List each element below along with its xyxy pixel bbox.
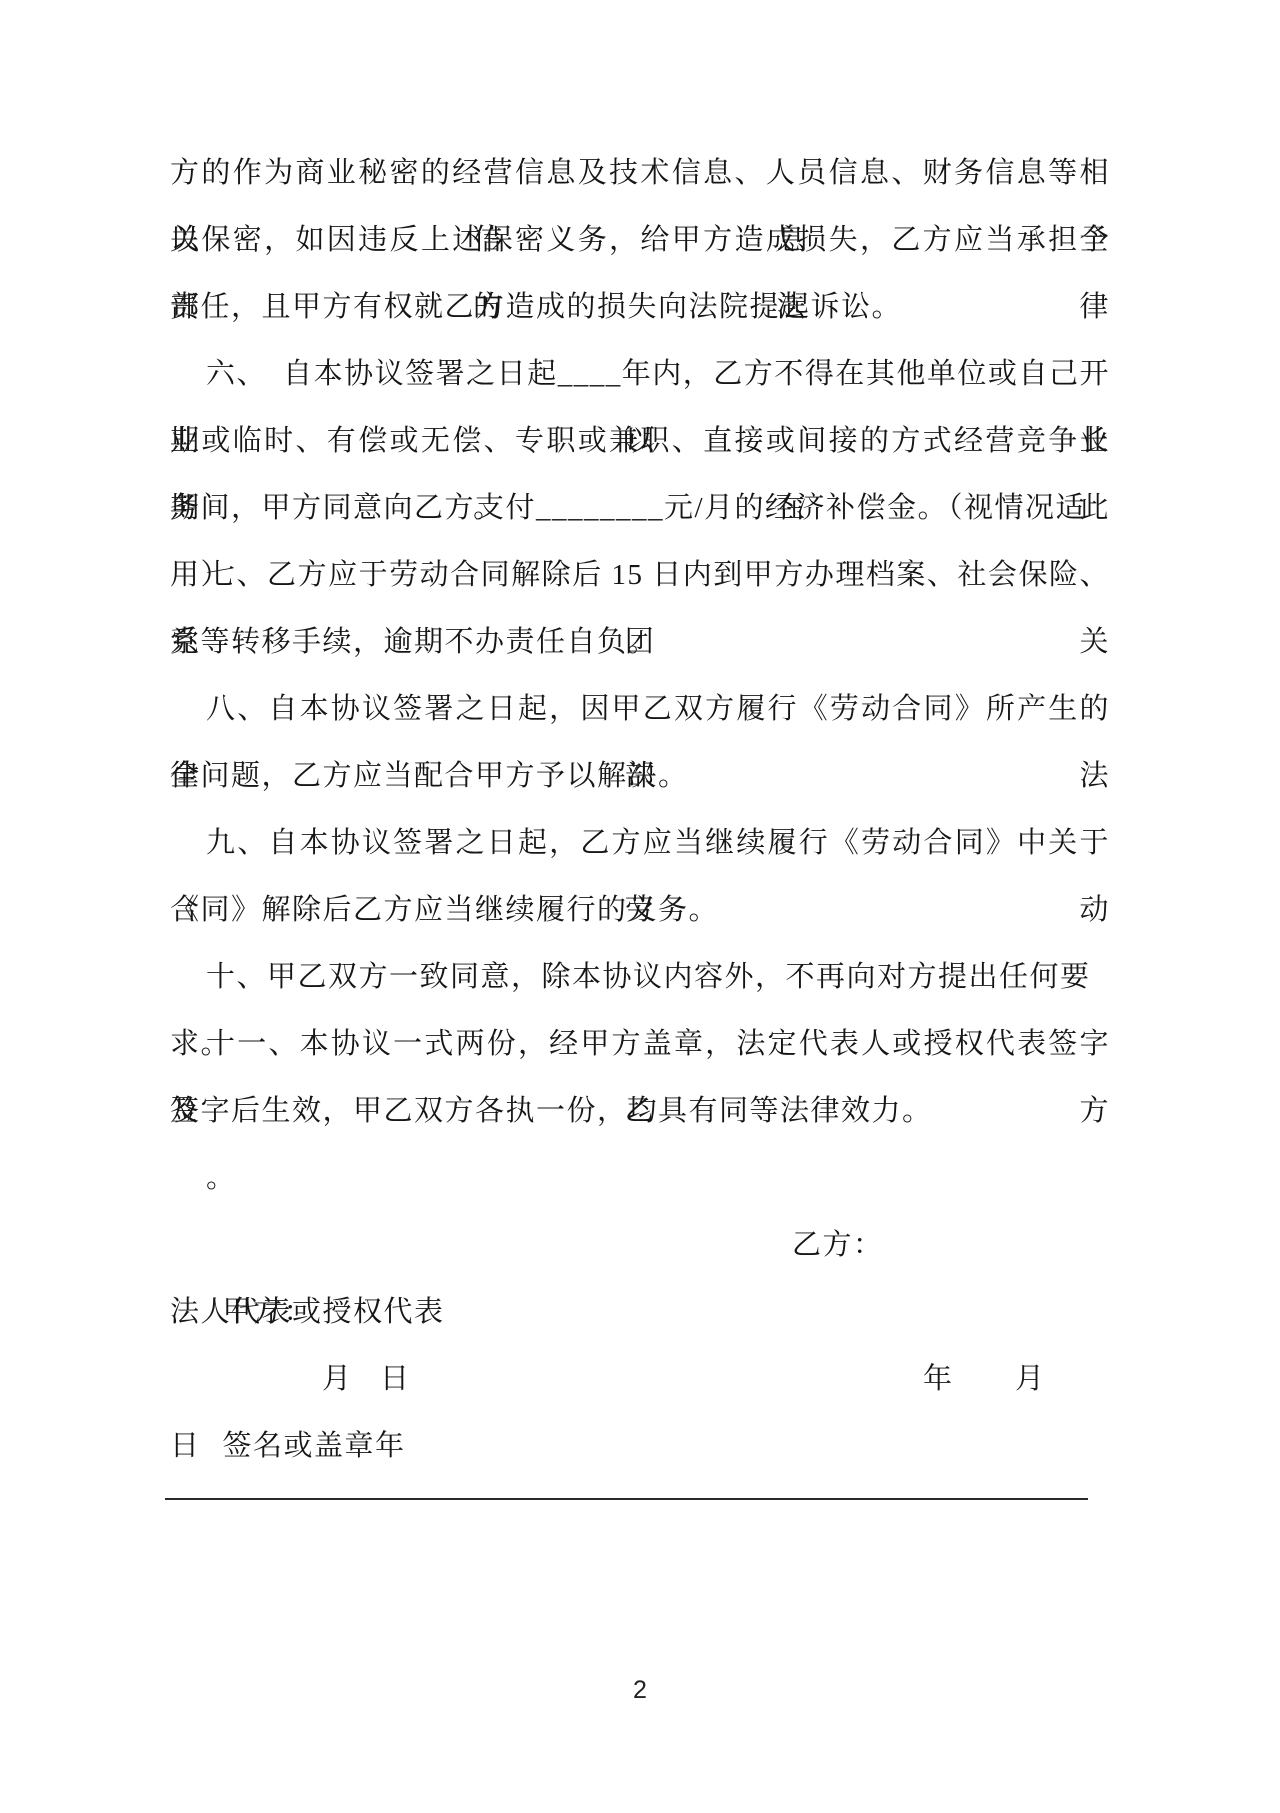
sign-date-row: 签名或盖章年 月 日 年 月 bbox=[170, 1346, 1110, 1413]
party-a-label: 甲方： bbox=[223, 1296, 315, 1328]
body-line-7: 七、乙方应于劳动合同解除后 15 日内到甲方办理档案、社会保险、党团关 bbox=[170, 542, 1110, 609]
body-line-14: 十一、本协议一式两份，经甲方盖章，法定代表人或授权代表签字及乙方 bbox=[170, 1011, 1110, 1078]
sign-or-seal-label: 签名或盖章年 bbox=[223, 1430, 406, 1462]
right-year-label: 年 bbox=[923, 1346, 954, 1413]
body-line-4: 六、 自本协议签署之日起____年内，乙方不得在其他单位或自己开业以长 bbox=[170, 341, 1110, 408]
body-line-5: 期或临时、有偿或无偿、专职或兼职、直接或间接的方式经营竞争业务。在此 bbox=[170, 408, 1110, 475]
body-line-16: 。 bbox=[170, 1145, 1110, 1212]
right-month-label: 月 bbox=[1015, 1346, 1046, 1413]
body-line-11: 九、自本协议签署之日起，乙方应当继续履行《劳动合同》中关于《劳动 bbox=[170, 810, 1110, 877]
contract-body: 方的作为商业秘密的经营信息及技术信息、人员信息、财务信息等相关信息予 以保密，如… bbox=[170, 140, 1110, 1480]
party-b-label: 乙方： bbox=[792, 1212, 884, 1279]
footer-divider bbox=[165, 1498, 1088, 1500]
body-line-2: 以保密，如因违反上述保密义务，给甲方造成损失，乙方应当承担全部的法律 bbox=[170, 207, 1110, 274]
body-line-6: 期间，甲方同意向乙方支付________元/月的经济补偿金。（视情况适用） bbox=[170, 475, 1110, 542]
document-page: 方的作为商业秘密的经营信息及技术信息、人员信息、财务信息等相关信息予 以保密，如… bbox=[0, 0, 1280, 1813]
body-line-13: 十、甲乙双方一致同意，除本协议内容外，不再向对方提出任何要求。 bbox=[170, 944, 1110, 1011]
day-label: 日 bbox=[380, 1346, 411, 1413]
party-labels-row: 甲方： 乙方： bbox=[170, 1212, 1110, 1279]
page-number: 2 bbox=[0, 1676, 1280, 1705]
month-label: 月 bbox=[322, 1346, 353, 1413]
body-line-1: 方的作为商业秘密的经营信息及技术信息、人员信息、财务信息等相关信息予 bbox=[170, 140, 1110, 207]
body-line-9: 八、自本协议签署之日起，因甲乙双方履行《劳动合同》所产生的全部法 bbox=[170, 676, 1110, 743]
